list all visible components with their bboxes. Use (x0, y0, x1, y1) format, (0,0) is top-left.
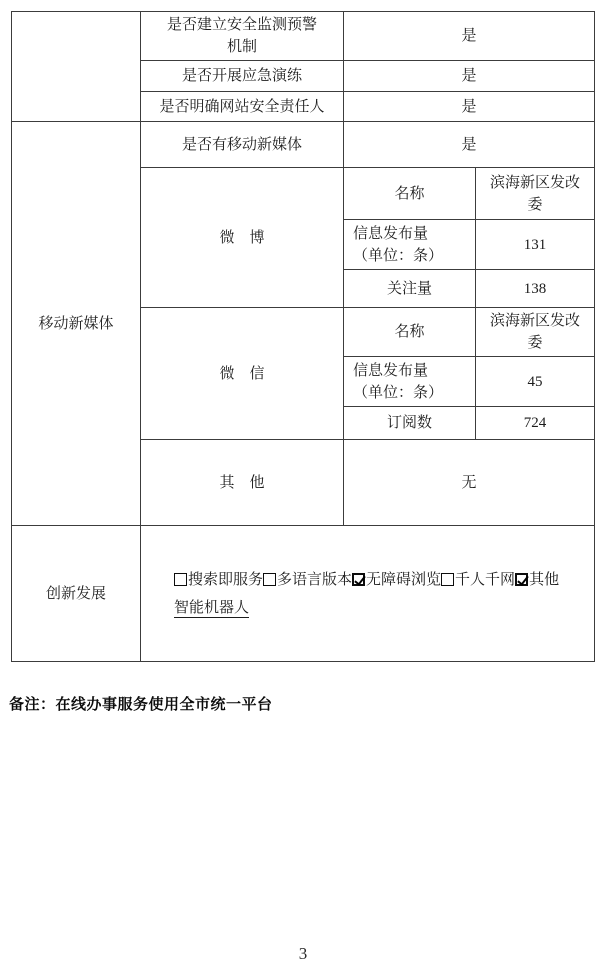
security-officer-value: 是 (344, 92, 595, 122)
security-monitor-label: 是否建立安全监测预警机制 (141, 12, 344, 61)
section-cell-innovation: 创新发展 (12, 526, 141, 662)
wechat-posts-label: 信息发布量 （单位：条） (344, 357, 476, 407)
security-officer-label: 是否明确网站安全责任人 (141, 92, 344, 122)
wechat-name-label: 名称 (344, 308, 476, 357)
weibo-cell: 微 博 (141, 168, 344, 308)
table-row: 是否建立安全监测预警机制 是 (12, 12, 595, 61)
wechat-cell: 微 信 (141, 308, 344, 440)
innovation-other-detail-line: 智能机器人 (174, 594, 584, 622)
option-label-other: 其他 (529, 572, 559, 588)
weibo-posts-label: 信息发布量 （单位：条） (344, 220, 476, 270)
security-monitor-value: 是 (344, 12, 595, 61)
innovation-options-cell: 搜索即服务多语言版本无障碍浏览千人千网其他 智能机器人 (141, 526, 595, 662)
innovation-options-line: 搜索即服务多语言版本无障碍浏览千人千网其他 (174, 566, 584, 594)
wechat-subscribers-label: 订阅数 (344, 407, 476, 440)
other-media-label: 其 他 (141, 440, 344, 526)
has-mobile-media-value: 是 (344, 122, 595, 168)
other-media-value: 无 (344, 440, 595, 526)
checkbox-icon-search-service (174, 573, 187, 586)
document-page: 是否建立安全监测预警机制 是 是否开展应急演练 是 是否明确网站安全责任人 是 … (0, 0, 606, 978)
checkbox-icon-accessibility (352, 573, 365, 586)
weibo-name-value: 滨海新区发改委 (476, 168, 595, 220)
checkbox-icon-multilingual (263, 573, 276, 586)
checkbox-icon-other (515, 573, 528, 586)
emergency-drill-value: 是 (344, 61, 595, 92)
checkbox-icon-personalized (441, 573, 454, 586)
wechat-subscribers-value: 724 (476, 407, 595, 440)
weibo-followers-label: 关注量 (344, 270, 476, 308)
remark-note: 备注：在线办事服务使用全市统一平台 (9, 693, 273, 714)
weibo-posts-value: 131 (476, 220, 595, 270)
section-cell-mobile-media: 移动新媒体 (12, 122, 141, 526)
wechat-name-value: 滨海新区发改委 (476, 308, 595, 357)
table-row: 创新发展 搜索即服务多语言版本无障碍浏览千人千网其他 智能机器人 (12, 526, 595, 662)
option-label-accessibility: 无障碍浏览 (366, 572, 441, 588)
section-cell-empty (12, 12, 141, 122)
wechat-posts-value: 45 (476, 357, 595, 407)
weibo-followers-value: 138 (476, 270, 595, 308)
page-number: 3 (0, 944, 606, 964)
report-table: 是否建立安全监测预警机制 是 是否开展应急演练 是 是否明确网站安全责任人 是 … (11, 11, 595, 662)
table-row: 移动新媒体 是否有移动新媒体 是 (12, 122, 595, 168)
has-mobile-media-label: 是否有移动新媒体 (141, 122, 344, 168)
option-label-personalized: 千人千网 (455, 572, 515, 588)
innovation-other-detail: 智能机器人 (174, 600, 249, 618)
option-label-multilingual: 多语言版本 (277, 572, 352, 588)
option-label-search-service: 搜索即服务 (188, 572, 263, 588)
weibo-name-label: 名称 (344, 168, 476, 220)
emergency-drill-label: 是否开展应急演练 (141, 61, 344, 92)
